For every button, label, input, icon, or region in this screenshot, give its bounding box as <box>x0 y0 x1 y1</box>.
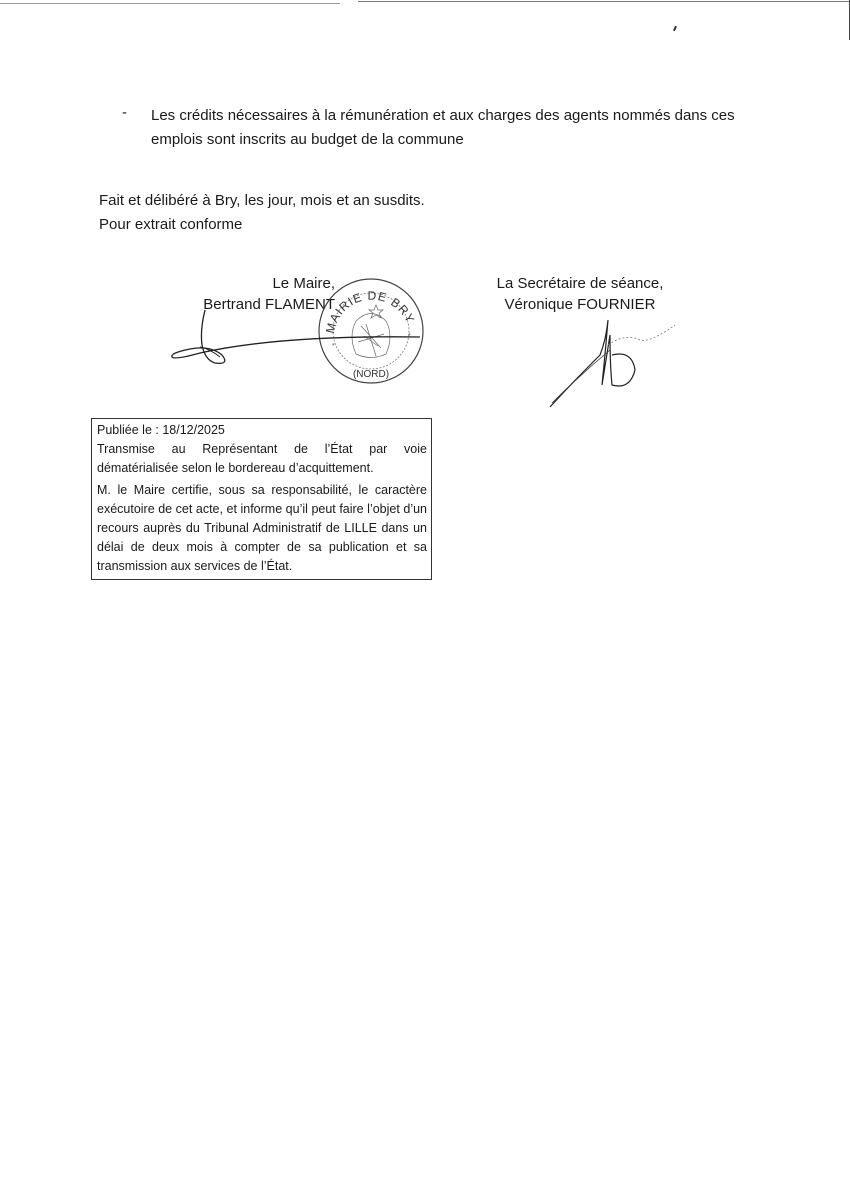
publication-notice: Publiée le : 18/12/2025 Transmise au Rep… <box>91 418 432 580</box>
mayor-signature <box>160 305 420 375</box>
bullet-paragraph: Les crédits nécessaires à la rémunératio… <box>151 104 771 152</box>
scan-speck <box>673 26 677 31</box>
secretary-title: La Secrétaire de séance, <box>480 273 680 294</box>
bullet-marker: - <box>122 104 127 121</box>
scan-edge-line <box>358 0 850 2</box>
certification-notice: M. le Maire certifie, sous sa responsabi… <box>97 481 427 576</box>
closing-line: Pour extrait conforme <box>99 213 425 237</box>
closing-line: Fait et délibéré à Bry, les jour, mois e… <box>99 189 425 213</box>
secretary-signature <box>540 315 680 410</box>
scan-edge-line <box>0 0 340 4</box>
closing-block: Fait et délibéré à Bry, les jour, mois e… <box>99 189 425 237</box>
secretary-signature-block: La Secrétaire de séance, Véronique FOURN… <box>480 273 680 315</box>
transmission-notice: Transmise au Représentant de l’État par … <box>97 440 427 478</box>
mayor-title: Le Maire, <box>150 273 335 294</box>
secretary-name: Véronique FOURNIER <box>480 294 680 315</box>
publication-date: Publiée le : 18/12/2025 <box>97 421 427 440</box>
